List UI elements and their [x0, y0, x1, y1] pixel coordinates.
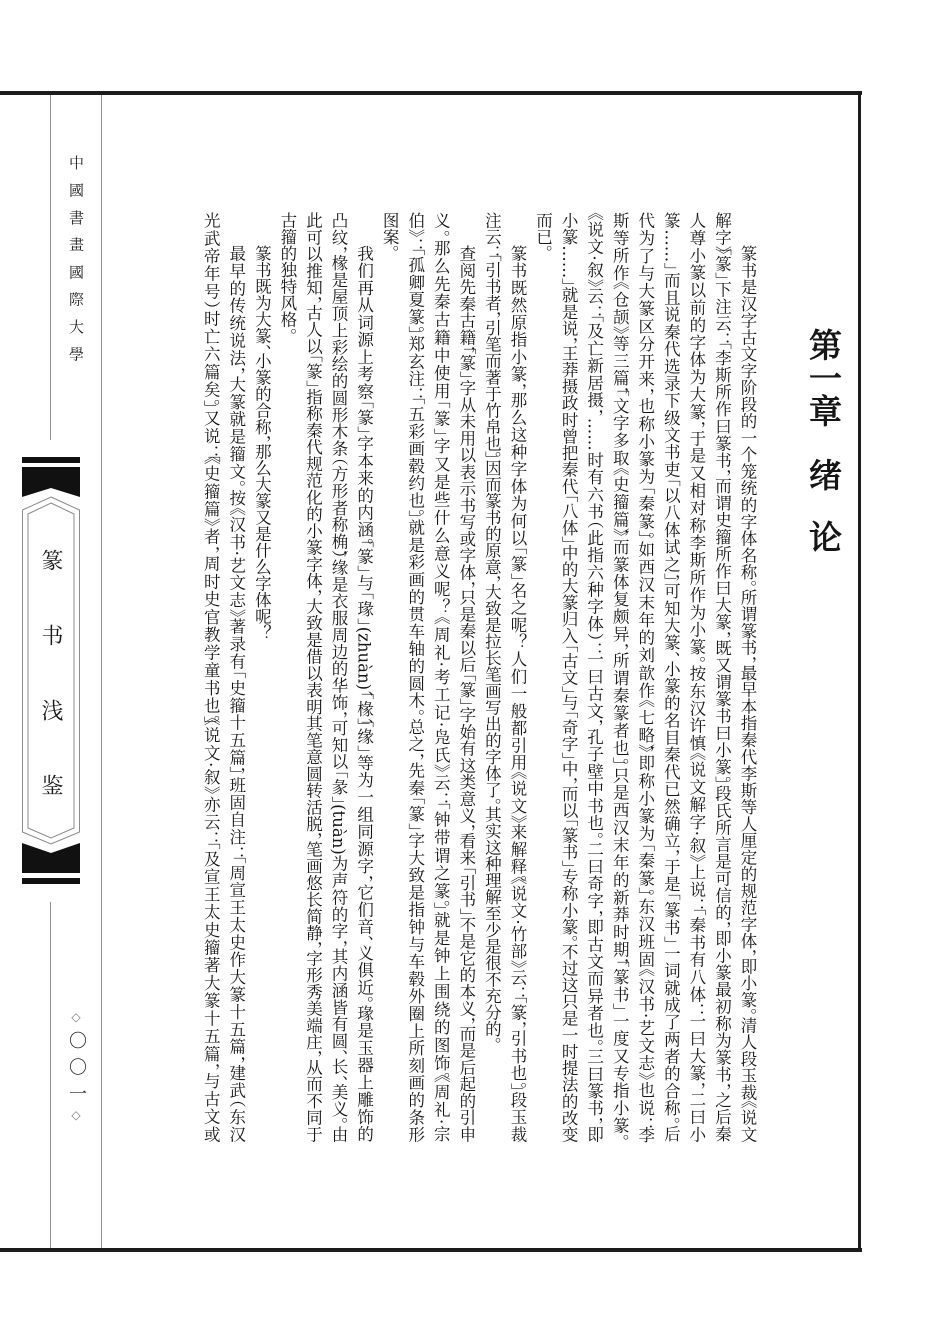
text-column: 斯等所作《仓颉》等三篇，「文字多取《史籀篇》，而篆体复颇异，所谓秦篆者也」。只是… [607, 212, 633, 1142]
diamond-ornament-icon: ◇ [68, 1010, 84, 1024]
sidebar-outer-rule-top [50, 95, 51, 440]
text-column: 小篆……」就是说，王莽摄政时曾把秦代「八体」中的大篆归入「古文」与「奇字」中，而… [556, 212, 582, 1142]
text-column: 注云：「引书者，引笔而著于竹帛也。」因而篆书的原意，大致是拉长笔画写出的字体了。… [479, 212, 505, 1142]
text-column: 篆书既然原指小篆，那么这种字体为何以「篆」名之呢？人们一般都引用《说文》来解释。… [504, 212, 530, 1142]
sidebar-inner-rule [101, 95, 102, 1248]
text-column: 伯》：「孤卿夏篆。」郑玄注：「五彩画毂约也。」就是彩画的贯车轴的圆木。总之，先秦… [402, 212, 428, 1142]
paragraph: 篆书既然原指小篆，那么这种字体为何以「篆」名之呢？人们一般都引用《说文》来解释。… [479, 212, 530, 1142]
text-column: 而已。 [530, 212, 556, 1142]
text-column: 最早的传统说法，大篆就是籀文。按《汉书·艺文志》著录有「史籀十五篇」，班固自注：… [223, 212, 249, 1142]
text-column: 此可以推知，古人以「篆」指称秦代规范化的小篆字体，大致是借以表明其笔意圆转活脱，… [300, 212, 326, 1142]
paragraph: 篆书是汉字古文字阶段的一个笼统的字体名称。所谓篆书，最早本指秦代李斯等人厘定的规… [530, 212, 760, 1142]
paragraph: 篆书既为大篆、小篆的合称，那么大篆又是什么字体呢？ [249, 212, 275, 1142]
paragraph: 查阅先秦古籍，「篆」字从未用以表示书写或字体，只是秦以后「篆」字始有这类意义，看… [377, 212, 479, 1142]
page-number: 〇〇一 [66, 1031, 86, 1111]
text-column: 古籀的独特风格。 [274, 212, 300, 1142]
text-column: 凸纹，椽是屋顶上彩绘的圆形木条（方形者称桷），缘是衣服周边的华饰，可知以「彖」(… [325, 212, 351, 1142]
text-column: 人尊小篆以前的字体为大篆，于是又相对称李斯所作为小篆。按东汉许慎《说文解字·叙》… [683, 212, 709, 1142]
text-column: 篆……」而且说秦代选录下级文书吏「以八体试之」，可知大篆、小篆的名目秦代已然确立… [658, 212, 684, 1142]
ornament-bar-bottom [22, 878, 80, 884]
frame-right-rule [858, 91, 861, 1252]
text-column: 解字》「篆」下注云：「李斯所作曰篆书，而谓史籀所作曰大篆，既又谓篆书曰小篆。」段… [709, 212, 735, 1142]
text-column: 我们再从词源上考察「篆」字本来的内涵。「篆」与「瑑」(zhuàn)、「椽」、「缘… [351, 212, 377, 1142]
series-title: 中國書畫國際大學 [66, 155, 86, 373]
ornament-bar-top [22, 457, 80, 463]
frame-bottom-rule [0, 1248, 862, 1252]
text-column: 查阅先秦古籍，「篆」字从未用以表示书写或字体，只是秦以后「篆」字始有这类意义，看… [453, 212, 479, 1142]
paragraph: 我们再从词源上考察「篆」字本来的内涵。「篆」与「瑑」(zhuàn)、「椽」、「缘… [274, 212, 376, 1142]
body-text: 篆书是汉字古文字阶段的一个笼统的字体名称。所谓篆书，最早本指秦代李斯等人厘定的规… [197, 212, 760, 1142]
text-column: 代为了与大篆区分开来，也称小篆为「秦篆」。如西汉末年的刘歆作《七略》，即称小篆为… [632, 212, 658, 1142]
book-title: 篆书浅鉴 [35, 549, 65, 849]
text-column: 篆书是汉字古文字阶段的一个笼统的字体名称。所谓篆书，最早本指秦代李斯等人厘定的规… [734, 212, 760, 1142]
text-column: 义。那么先秦古籍中使用「篆」字又是些什么意义呢？《周礼·考工记·凫氏》云：「钟带… [428, 212, 454, 1142]
sidebar-outer-rule-bottom [50, 902, 51, 1248]
paragraph: 最早的传统说法，大篆就是籀文。按《汉书·艺文志》著录有「史籀十五篇」，班固自注：… [198, 212, 249, 1142]
diamond-ornament-icon: ◇ [68, 1108, 84, 1122]
chapter-title: 绪论 [803, 458, 843, 582]
text-column: 光武帝年号）时亡六篇矣。」又说：「《史籀篇》者，周时史官教学童书也。」《说文·叙… [198, 212, 224, 1142]
text-column: 图案。 [377, 212, 403, 1142]
ornament-chevron-top [22, 467, 80, 497]
chapter-number: 第一章 [803, 328, 843, 427]
text-column: 篆书既为大篆、小篆的合称，那么大篆又是什么字体呢？ [249, 212, 275, 1142]
frame-top-rule [0, 91, 862, 95]
text-column: 《说文·叙》云：「及亡新居摄，……时有六书（此指六种字体）：一曰古文，孔子壁中书… [581, 212, 607, 1142]
